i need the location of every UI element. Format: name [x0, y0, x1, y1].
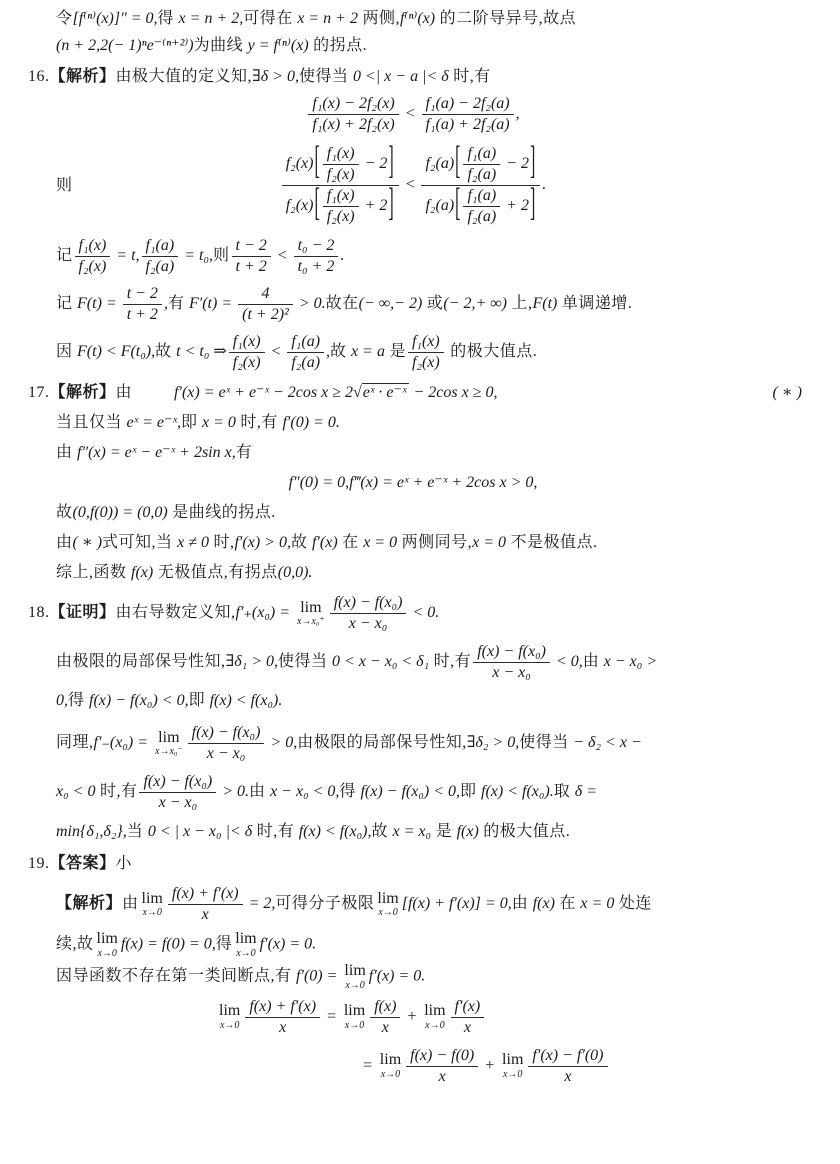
math-fragment: x	[464, 1019, 471, 1036]
item-18-sign-preserving-1: 由极限的局部保号性知,∃δ₁ > 0,使得当 0 < x − x₀ < δ₁ 时…	[0, 642, 826, 683]
fraction-numerator: f₁(a) − 2f₂(a)	[422, 94, 514, 114]
label-bold: 【答案】	[50, 855, 116, 872]
fraction-denominator: x − x₀	[473, 662, 550, 683]
math-fragment: f₂(x)	[286, 197, 314, 214]
limit-subscript: x→0	[502, 1069, 523, 1080]
text-fragment: 故	[155, 343, 176, 360]
fraction: f(x) − f(x₀)x − x₀	[473, 642, 550, 683]
math-fragment: f₂(a)	[425, 155, 454, 172]
text-fragment: 由	[56, 444, 77, 461]
fraction-denominator: x − x₀	[330, 613, 407, 634]
math-fragment: f₁(x)	[233, 333, 261, 350]
limit-word: lim	[97, 931, 118, 948]
fraction: f₁(x)f₂(x)	[323, 186, 359, 227]
limit-operator: limx→0	[380, 1052, 401, 1080]
text-fragment: 使得当	[278, 653, 332, 670]
math-fragment: f(x)	[131, 564, 153, 581]
limit-operator: limx→0	[235, 931, 256, 959]
item-17-second-derivative: 由 f″(x) = eˣ − e⁻ˣ + 2sin x,有	[0, 441, 826, 465]
limit-word: lim	[502, 1052, 523, 1069]
math-fragment: f₂(a)	[146, 258, 175, 275]
math-fragment: f(x) − f(x₀)	[143, 773, 212, 790]
item-17-summary: 综上,函数 f(x) 无极值点,有拐点(0,0).	[0, 561, 826, 585]
fraction: f(x) − f(x₀)x − x₀	[330, 593, 407, 634]
page: 令[f⁽ⁿ⁾(x)]″ = 0,得 x = n + 2,可得在 x = n + …	[0, 0, 840, 1164]
limit-word: lim	[344, 963, 365, 980]
fraction: f₁(a) − 2f₂(a)f₁(a) + 2f₂(a)	[422, 94, 514, 135]
fraction: f₁(a)f₂(a)	[142, 236, 179, 277]
item-16-solution-intro: 16.【解析】由极大值的定义知,∃δ > 0,使得当 0 <| x − a |<…	[0, 65, 826, 89]
limit-subscript: x→0	[235, 948, 256, 959]
limit-subscript: x→x₀⁻	[155, 746, 183, 757]
math-fragment: (− ∞,− 2)	[359, 295, 423, 312]
math-fragment: F(t) =	[77, 295, 121, 312]
text-fragment: 的二阶导异号,故点	[435, 10, 576, 27]
limit-subscript: x→0	[142, 907, 163, 918]
fraction-numerator: f′(x) − f′(0)	[528, 1046, 607, 1066]
math-fragment: (− 2,+ ∞)	[443, 295, 507, 312]
math-fragment: f′(x)	[312, 534, 338, 551]
math-fragment: 0 <| x − a |< δ	[353, 68, 449, 85]
text-fragment: 的极大值点.	[479, 823, 571, 840]
limit-operator: limx→x₀⁻	[155, 730, 183, 758]
fraction-numerator: f′(x)	[451, 997, 485, 1017]
math-fragment: f′(0) =	[296, 967, 341, 984]
math-fragment: +	[480, 1057, 499, 1074]
math-fragment: ,	[516, 105, 520, 122]
math-fragment: x	[564, 1068, 571, 1085]
math-fragment: f₁(x) + 2f₂(x)	[312, 116, 394, 133]
fraction-numerator: 4	[238, 284, 293, 304]
fraction-denominator: f₂(x)	[323, 206, 359, 227]
item-18-conclusion: min{δ₁,δ₂},当 0 < | x − x₀ |< δ 时,有 f(x) …	[0, 820, 826, 844]
text-fragment: 为曲线	[194, 37, 248, 54]
fraction-denominator: f₁(a) + 2f₂(a)	[422, 114, 514, 135]
text-fragment: 因	[56, 343, 77, 360]
text-fragment: 记	[56, 295, 77, 312]
text-fragment: 可得分子极限	[275, 895, 374, 912]
math-fragment: x = 0	[472, 534, 506, 551]
text-fragment: 在	[338, 534, 364, 551]
text-fragment: 综上,函数	[56, 564, 131, 581]
math-fragment: f(x) < f(x₀),	[299, 823, 372, 840]
fraction-numerator: f₁(x)	[408, 332, 444, 352]
text-fragment: 使得当	[519, 734, 573, 751]
math-fragment: f₁(a) + 2f₂(a)	[426, 116, 510, 133]
text-fragment: 两侧,	[358, 10, 400, 27]
text-fragment: 上,	[507, 295, 533, 312]
item-17-equality-case: 当且仅当 eˣ = e⁻ˣ,即 x = 0 时,有 f′(0) = 0.	[0, 411, 826, 435]
fraction-numerator: f₁(a)	[463, 186, 500, 206]
text-fragment: 故	[371, 823, 392, 840]
math-fragment: f′(x) = 0.	[260, 936, 317, 953]
math-fragment: f(x) < f(x₀).	[210, 692, 283, 709]
text-fragment: 由极大值的定义知,	[116, 68, 253, 85]
math-fragment: F(t) < F(t₀),	[77, 343, 155, 360]
fraction-denominator: f₂(a)	[142, 256, 179, 277]
math-fragment: F′(t) =	[189, 295, 236, 312]
fraction: f₁(x)f₂(x)	[408, 332, 444, 373]
math-fragment: f₂(x)	[327, 208, 355, 225]
text-fragment: 是曲线的拐点.	[168, 504, 276, 521]
math-fragment: − 2	[502, 155, 529, 172]
limit-subscript: x→0	[344, 980, 365, 991]
limit-subscript: x→0	[344, 1020, 365, 1031]
math-fragment: f″(x) = eˣ − e⁻ˣ + 2sin x,	[77, 444, 236, 461]
math-fragment: f(x) − f(x₀)	[477, 643, 546, 660]
math-fragment: f(x)	[374, 998, 396, 1015]
fraction: f₂(x)[f₁(x)f₂(x) − 2]f₂(x)[f₁(x)f₂(x) + …	[282, 144, 399, 227]
math-fragment: =	[322, 1008, 341, 1025]
text-fragment: 当	[127, 823, 148, 840]
math-fragment: f(x)	[457, 823, 479, 840]
fraction-numerator: f₁(a)	[142, 236, 179, 256]
limit-operator: limx→0	[97, 931, 118, 959]
math-fragment: F(t)	[532, 295, 557, 312]
item-18-left-case: x₀ < 0 时,有f(x) − f(x₀)x − x₀ > 0.由 x − x…	[0, 772, 826, 813]
text-fragment: 不是极值点.	[506, 534, 598, 551]
math-fragment: =	[362, 1057, 377, 1074]
text-fragment: 当且仅当	[56, 414, 127, 431]
math-fragment: eˣ = e⁻ˣ,	[127, 414, 181, 431]
math-fragment: (t + 2)²	[242, 306, 289, 323]
text-fragment: 小	[116, 855, 133, 872]
item-16-conclusion: 因 F(t) < F(t₀),故 t < t₀ ⇒f₁(x)f₂(x) < f₁…	[0, 332, 826, 373]
fraction-denominator: x	[370, 1017, 400, 1038]
limit-operator: limx→0	[424, 1003, 445, 1031]
math-fragment: f(x) − f(x₀) < 0,	[89, 692, 189, 709]
fraction-numerator: f(x) − f(x₀)	[330, 593, 407, 613]
math-fragment: − δ₂ < x −	[573, 734, 642, 751]
fraction-numerator: f₁(x) − 2f₂(x)	[308, 94, 398, 114]
fraction-numerator: f(x) + f′(x)	[245, 997, 320, 1017]
math-fragment: +	[402, 1008, 421, 1025]
math-fragment: f₁(x)	[412, 333, 440, 350]
math-fragment: f₁(x)	[79, 237, 107, 254]
math-fragment: x − x₀ < 0,	[270, 783, 339, 800]
math-fragment: f₁(x)	[327, 187, 355, 204]
math-fragment: x − x₀	[207, 745, 246, 762]
math-fragment: = 2,	[245, 895, 276, 912]
equation-tag: ( ∗ )	[772, 381, 802, 405]
math-fragment: f(x) − f(x₀)	[334, 594, 403, 611]
text-fragment: 由右导数定义知,	[116, 604, 236, 621]
fraction-denominator: f₂(a)	[287, 352, 324, 373]
text-fragment: 时,有	[95, 783, 137, 800]
math-fragment: f₁(x)	[327, 145, 355, 162]
line-label: 则	[56, 174, 73, 198]
fraction: f(x) + f′(x)x	[168, 884, 243, 925]
math-fragment: f₂(x)	[412, 354, 440, 371]
item-16-inequality-1: f₁(x) − 2f₂(x)f₁(x) + 2f₂(x) < f₁(a) − 2…	[0, 94, 826, 135]
text-fragment: 续,故	[56, 936, 94, 953]
math-fragment: f₁(a)	[146, 237, 175, 254]
text-fragment: 有	[168, 295, 189, 312]
fraction-denominator: f₂(x)[f₁(x)f₂(x) + 2]	[282, 185, 399, 227]
fraction-numerator: f₁(x)	[229, 332, 265, 352]
fraction-numerator: f₂(x)[f₁(x)f₂(x) − 2]	[282, 144, 399, 185]
math-fragment: f(x)	[533, 895, 555, 912]
text-fragment: 故在	[326, 295, 359, 312]
math-fragment: t + 2	[127, 306, 158, 323]
item-18-right-derivative: 18.【证明】由右导数定义知,f′₊(x₀) = limx→x₀⁺f(x) − …	[0, 593, 826, 634]
math-fragment: f′(0) = 0.	[282, 414, 339, 431]
math-fragment: x ≠ 0	[177, 534, 209, 551]
math-fragment: f(x) + f′(x)	[172, 885, 239, 902]
fraction-denominator: (t + 2)²	[238, 304, 293, 325]
math-fragment: f₂(a)	[467, 208, 496, 225]
text-fragment: 的拐点.	[309, 37, 368, 54]
fraction-numerator: f(x) − f(x₀)	[473, 642, 550, 662]
fraction-numerator: f(x) − f(x₀)	[188, 723, 265, 743]
math-fragment: x = n + 2,	[179, 10, 244, 27]
text-fragment: 得	[216, 936, 233, 953]
math-fragment: x = 0	[202, 414, 236, 431]
item-19-solution-2: 续,故limx→0f(x) = f(0) = 0,得limx→0f′(x) = …	[0, 931, 826, 959]
fraction: f′(x) − f′(0)x	[528, 1046, 607, 1087]
math-fragment: 4	[261, 285, 269, 302]
fraction-numerator: t − 2	[123, 284, 162, 304]
math-fragment: ( ∗ )	[73, 534, 103, 551]
text-fragment: 即	[460, 783, 481, 800]
math-fragment: [f⁽ⁿ⁾(x)]″ = 0,	[73, 10, 158, 27]
text-fragment: 在	[555, 895, 581, 912]
text-fragment: 或	[422, 295, 443, 312]
fraction: t₀ − 2t₀ + 2	[294, 236, 339, 277]
limit-operator: limx→0	[344, 963, 365, 991]
fraction-denominator: x	[245, 1017, 320, 1038]
item-17-star-equation: 17.【解析】由f′(x) = eˣ + e⁻ˣ − 2cos x ≥ 2√eˣ…	[0, 381, 826, 405]
text-fragment: 18.	[28, 604, 50, 621]
stretchy-bracket: ]	[387, 181, 394, 230]
fraction: f₂(a)[f₁(a)f₂(a) − 2]f₂(a)[f₁(a)f₂(a) + …	[421, 144, 540, 227]
math-fragment: f₁(a)	[467, 187, 496, 204]
fraction-denominator: f₂(x)	[229, 352, 265, 373]
fraction: f(x) − f(x₀)x − x₀	[139, 772, 216, 813]
math-fragment: (0,f(0)) = (0,0)	[73, 504, 168, 521]
text-fragment: 19.	[28, 855, 50, 872]
text-fragment: 即	[181, 414, 202, 431]
fraction-numerator: f₂(a)[f₁(a)f₂(a) − 2]	[421, 144, 540, 185]
text-fragment: 是	[431, 823, 457, 840]
text-fragment: 可得在	[243, 10, 297, 27]
text-fragment: 的极大值点.	[446, 343, 538, 360]
math-fragment: [f(x) + f′(x)] = 0,	[402, 895, 512, 912]
math-fragment: f(x) − f(x₀) < 0,	[360, 783, 460, 800]
math-fragment: f′(x) > 0,	[234, 534, 291, 551]
text-fragment: 有	[236, 444, 253, 461]
text-fragment: 时,有	[449, 68, 491, 85]
item-19-equation-2: = limx→0f(x) − f(0)x + limx→0f′(x) − f′(…	[0, 1046, 826, 1087]
fraction: f₁(x)f₂(x)	[75, 236, 111, 277]
stretchy-bracket: ]	[529, 181, 536, 230]
math-fragment: f₁(a)	[291, 333, 320, 350]
math-fragment: f′₋(x₀) =	[94, 734, 153, 751]
text-fragment: 记	[56, 247, 73, 264]
math-fragment: f′(x) = eˣ + e⁻ˣ − 2cos x ≥ 2	[174, 384, 353, 401]
math-fragment: x − x₀	[492, 664, 531, 681]
item-19-solution-3: 因导函数不存在第一类间断点,有 f′(0) = limx→0f′(x) = 0.	[0, 963, 826, 991]
fraction: f(x) − f(0)x	[406, 1046, 478, 1087]
math-fragment: x = 0	[363, 534, 397, 551]
limit-operator: limx→0	[142, 891, 163, 919]
fraction: f₁(a)f₂(a)	[287, 332, 324, 373]
limit-word: lim	[219, 1003, 240, 1020]
item-19-equation-1: limx→0f(x) + f′(x)x = limx→0f(x)x + limx…	[0, 997, 826, 1038]
text-fragment: 式可知,当	[102, 534, 177, 551]
text-fragment: 时,有	[236, 414, 283, 431]
fraction: f₁(x)f₂(x)	[323, 144, 359, 185]
math-fragment: < 0.	[408, 604, 439, 621]
math-fragment: t − 2	[236, 237, 267, 254]
math-fragment: f′(x) − f′(0)	[532, 1047, 603, 1064]
fraction: f′(x)x	[451, 997, 485, 1038]
math-fragment: f₂(x)	[286, 155, 314, 172]
text-fragment: 由极限的局部保号性知,	[297, 734, 467, 751]
fraction: f(x) + f′(x)x	[245, 997, 320, 1038]
label-bold: 【解析】	[50, 384, 116, 401]
item-17-third-derivative: f″(0) = 0,f‴(x) = eˣ + e⁻ˣ + 2cos x > 0,	[0, 471, 826, 495]
math-fragment: x − x₀ >	[604, 653, 657, 670]
item-19-answer: 19.【答案】小	[0, 852, 826, 876]
math-fragment: − 2	[361, 155, 388, 172]
fraction-denominator: x	[168, 904, 243, 925]
fraction-denominator: f₁(x) + 2f₂(x)	[308, 114, 398, 135]
text-fragment: 得	[68, 692, 89, 709]
math-fragment: > 0.	[295, 295, 326, 312]
math-fragment: f(x) − f(0)	[410, 1047, 474, 1064]
math-fragment: f(x) − f(x₀)	[192, 724, 261, 741]
text-fragment: 同理,	[56, 734, 94, 751]
fraction-numerator: f(x) + f′(x)	[168, 884, 243, 904]
fraction-denominator: x	[451, 1017, 485, 1038]
math-fragment: y = f⁽ⁿ⁾(x)	[248, 37, 309, 54]
limit-operator: limx→0	[219, 1003, 240, 1031]
limit-subscript: x→0	[97, 948, 118, 959]
text-fragment: 取	[554, 783, 575, 800]
math-fragment: t + 2	[236, 258, 267, 275]
math-fragment: t₀ + 2	[298, 258, 335, 275]
math-fragment: x	[202, 906, 209, 923]
math-fragment: x	[439, 1068, 446, 1085]
limit-subscript: x→0	[424, 1020, 445, 1031]
label-bold: 【证明】	[50, 604, 116, 621]
math-fragment: <	[267, 343, 286, 360]
fraction-denominator: x − x₀	[188, 743, 265, 764]
math-fragment: x = n + 2	[297, 10, 358, 27]
fraction-numerator: f(x) − f(0)	[406, 1046, 478, 1066]
label-bold: 【解析】	[56, 895, 122, 912]
math-fragment: + 2	[361, 197, 388, 214]
fraction: f₁(x)f₂(x)	[229, 332, 265, 373]
math-fragment: ( ∗ )	[772, 384, 802, 401]
limit-word: lim	[142, 891, 163, 908]
text-fragment: 是	[385, 343, 406, 360]
math-fragment: <	[273, 247, 292, 264]
text-fragment: 故	[291, 534, 312, 551]
fraction-numerator: f₁(x)	[323, 144, 359, 164]
fraction-denominator: x	[406, 1066, 478, 1087]
math-fragment: (0,0).	[278, 564, 313, 581]
item-18-sign-preserving-2: 0,得 f(x) − f(x₀) < 0,即 f(x) < f(x₀).	[0, 689, 826, 713]
math-fragment: f₁(a)	[467, 145, 496, 162]
math-fragment: f₂(a)	[291, 354, 320, 371]
math-fragment: f′(x) = 0.	[369, 967, 426, 984]
text-fragment: 则	[213, 247, 230, 264]
math-fragment: 0,	[56, 692, 68, 709]
math-fragment: ∃δ > 0,	[252, 68, 299, 85]
math-fragment: f⁽ⁿ⁾(x)	[400, 10, 435, 27]
math-fragment: f(x) < f(x₀).	[481, 783, 554, 800]
text-fragment: 由	[56, 534, 73, 551]
item-16-monotonic: 记 F(t) = t − 2t + 2,有 F′(t) = 4(t + 2)² …	[0, 284, 826, 325]
fraction-denominator: x	[528, 1066, 607, 1087]
fraction-denominator: f₂(a)	[463, 206, 500, 227]
text-fragment: 17.	[28, 384, 50, 401]
math-fragment: − 2cos x ≥ 0,	[409, 384, 497, 401]
math-fragment: 0 < x − x₀ < δ₁	[332, 653, 429, 670]
fraction: f₁(a)f₂(a)	[463, 144, 500, 185]
math-fragment: x = x₀	[393, 823, 432, 840]
stretchy-bracket: [	[454, 181, 461, 230]
stretchy-bracket: [	[313, 181, 320, 230]
fraction-numerator: t − 2	[232, 236, 271, 256]
math-fragment: f₂(x)	[327, 166, 355, 183]
limit-word: lim	[297, 600, 325, 617]
fraction-denominator: f₂(a)[f₁(a)f₂(a) + 2]	[421, 185, 540, 227]
fraction: f₁(a)f₂(a)	[463, 186, 500, 227]
math-fragment: .	[340, 247, 344, 264]
text-fragment: 则	[56, 177, 73, 194]
math-fragment: f₁(a) − 2f₂(a)	[426, 95, 510, 112]
fraction-denominator: t₀ + 2	[294, 256, 339, 277]
math-fragment: x − x₀	[159, 794, 198, 811]
math-fragment: min{δ₁,δ₂},	[56, 823, 127, 840]
math-fragment: = t₀,	[180, 247, 213, 264]
math-fragment: x − x₀	[349, 615, 388, 632]
fraction-numerator: f(x)	[370, 997, 400, 1017]
text-fragment: 时,有	[252, 823, 299, 840]
radical-sign: √	[353, 384, 362, 401]
math-fragment: f₂(x)	[79, 258, 107, 275]
fraction: 4(t + 2)²	[238, 284, 293, 325]
fraction-numerator: f₁(a)	[287, 332, 324, 352]
fraction-denominator: t + 2	[232, 256, 271, 277]
fraction-numerator: f₁(a)	[463, 144, 500, 164]
radicand: eˣ · e⁻ˣ	[362, 383, 410, 401]
math-fragment: f₂(a)	[467, 166, 496, 183]
text-fragment: 得	[339, 783, 360, 800]
math-fragment: f′₊(x₀) =	[236, 604, 295, 621]
page-lines: 令[f⁽ⁿ⁾(x)]″ = 0,得 x = n + 2,可得在 x = n + …	[0, 7, 826, 1087]
limit-word: lim	[377, 891, 398, 908]
limit-subscript: x→0	[377, 907, 398, 918]
fraction-denominator: f₂(x)	[75, 256, 111, 277]
text-fragment: 故	[56, 504, 73, 521]
text-fragment: 得	[158, 10, 179, 27]
math-fragment: f(x) = f(0) = 0,	[121, 936, 216, 953]
math-fragment: x	[382, 1019, 389, 1036]
math-fragment: x = a	[351, 343, 385, 360]
math-fragment: t < t₀ ⇒	[176, 343, 227, 360]
text-fragment: 由	[512, 895, 533, 912]
fraction-numerator: f₁(x)	[323, 186, 359, 206]
text-fragment: 单调递增.	[557, 295, 632, 312]
fraction-denominator: t + 2	[123, 304, 162, 325]
fraction: t − 2t + 2	[232, 236, 271, 277]
fraction-denominator: f₂(x)	[408, 352, 444, 373]
math-fragment: <	[401, 105, 420, 122]
